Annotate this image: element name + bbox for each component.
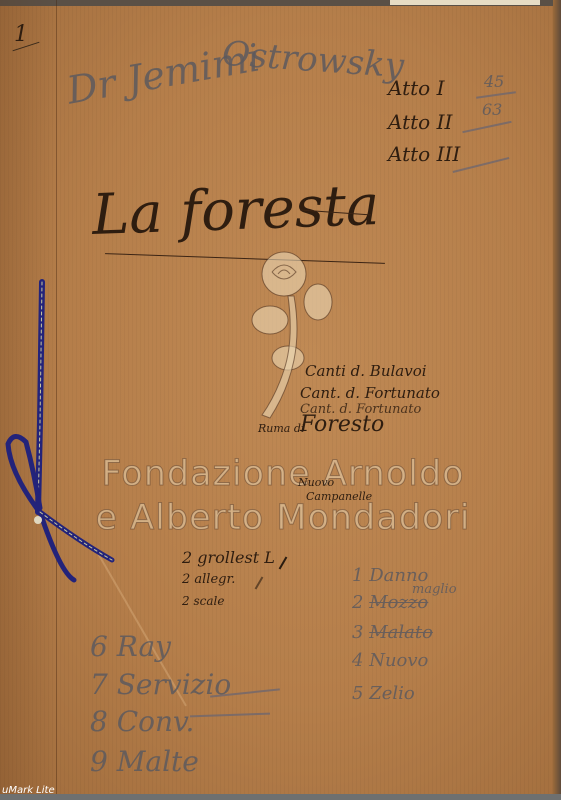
right-list-item-2: 2 Mozzo (352, 592, 428, 613)
small-list-item-2: 2 allegr. (182, 572, 235, 587)
right-list-item-4: 4 Nuovo (352, 650, 428, 671)
left-list-item-9: 9 Malte (90, 745, 199, 778)
middle-note-2: Campanelle (306, 490, 372, 503)
right-list-item-3: 3 Malato (352, 622, 433, 643)
fraction-numerator: 45 (484, 72, 504, 91)
role-prefix: Ruma di (258, 422, 304, 435)
fraction-bar (476, 91, 516, 99)
tick-mark (255, 576, 264, 589)
bottom-edge (0, 794, 561, 800)
pencil-underline (462, 121, 511, 133)
pencil-dash (453, 157, 510, 173)
tick-mark (279, 556, 288, 569)
watermark: Fondazione Arnoldo e Alberto Mondadori (78, 452, 488, 540)
left-list-item-8: 8 Conv. (90, 705, 194, 738)
left-list-item-6: 6 Ray (90, 630, 171, 663)
page-number: 1 (14, 22, 28, 47)
document-title: La foresta (91, 173, 380, 248)
pencil-dash (190, 713, 270, 718)
act-1: Atto I (388, 76, 444, 100)
act-3: Atto III (388, 142, 460, 166)
middle-note-1: Nuovo (298, 476, 334, 489)
watermark-line-1: Fondazione Arnoldo (78, 452, 488, 496)
act-2: Atto II (388, 110, 452, 134)
canti-line-2: Cant. d. Fortunato (300, 384, 440, 402)
fraction-denominator: 63 (482, 100, 502, 119)
document-page: 1 Dr Jemimi Ostrowsky Atto I Atto II Att… (0, 0, 561, 800)
small-list-item-3: 2 scale (182, 594, 224, 608)
small-list-item-1: 2 grollest L (182, 548, 275, 567)
watermark-line-2: e Alberto Mondadori (78, 496, 488, 540)
canti-line-1: Canti d. Bulavoi (305, 362, 427, 380)
binding-ribbon (0, 272, 120, 592)
right-edge (553, 0, 561, 800)
role-name: Foresto (300, 412, 384, 437)
software-watermark: uMark Lite (2, 785, 55, 796)
top-edge (0, 0, 561, 6)
right-list-item-5: 5 Zelio (352, 683, 415, 704)
